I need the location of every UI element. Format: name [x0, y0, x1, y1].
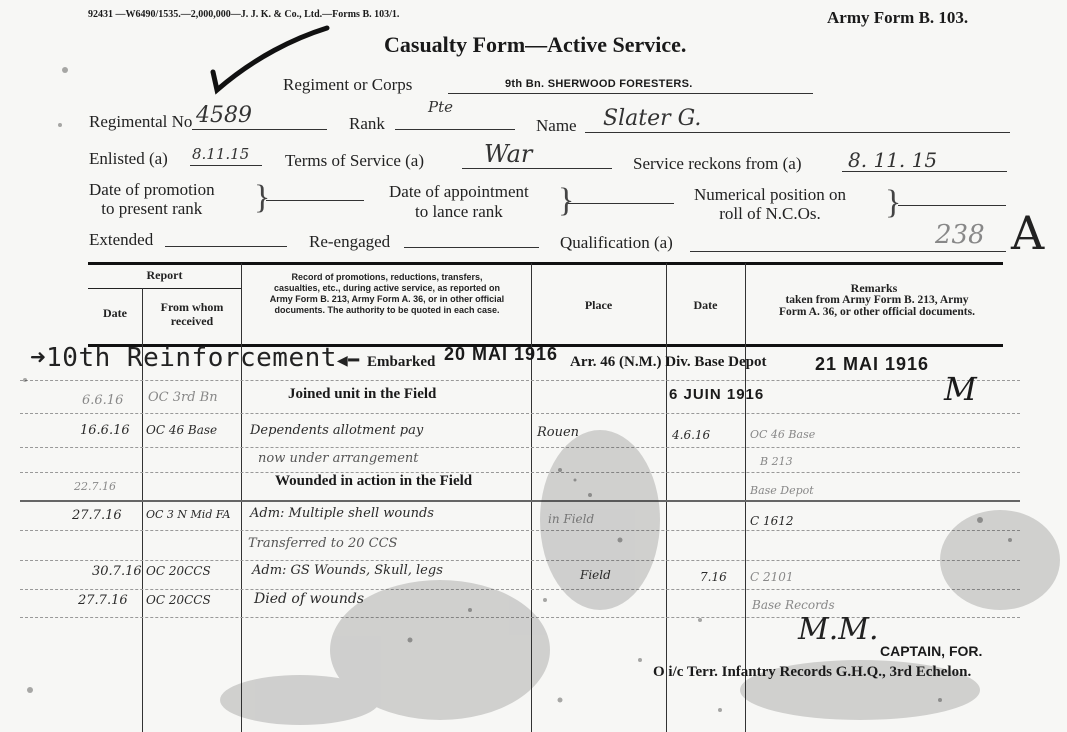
qualification-label: Qualification (a)	[560, 233, 673, 253]
row3-remarks: Base Depot	[750, 484, 814, 497]
form-title: Casualty Form—Active Service.	[384, 32, 686, 58]
row1-date: 16.6.16	[80, 423, 130, 438]
row2-record: now under arrangement	[258, 451, 419, 466]
lance-label-line1: Date of appointment	[389, 182, 529, 202]
row4-from: OC 3 N Mid FA	[146, 508, 231, 521]
extended-label: Extended	[89, 230, 153, 250]
nco-label-line1: Numerical position on	[694, 185, 846, 204]
row1-record: Dependents allotment pay	[250, 423, 423, 438]
row1-place: Rouen	[537, 425, 579, 440]
row5-record: Transferred to 20 CCS	[248, 536, 397, 551]
reinforcement-text: 10th Reinforcement	[46, 343, 337, 373]
reinforcement-stamp: ➜10th Reinforcement◀━	[30, 343, 360, 373]
promotion-label-line1: Date of promotion	[89, 180, 215, 199]
initials-mark: M	[944, 370, 977, 408]
qualification-value: 238	[935, 220, 985, 250]
row7-date: 27.7.16	[78, 593, 128, 608]
embarked-label: Embarked	[367, 354, 435, 371]
header-remarks-sub: taken from Army Form B. 213, Army Form A…	[772, 294, 982, 318]
rank-label: Rank	[349, 114, 385, 134]
embarked-date: 20 MAI 1916	[444, 344, 558, 365]
header-report: Report	[88, 268, 241, 282]
row4-remarks: C 1612	[750, 514, 794, 528]
terms-label: Terms of Service (a)	[285, 151, 424, 171]
row1-remarks: OC 46 Base	[750, 428, 815, 441]
regimental-no-value: 4589	[196, 103, 252, 128]
print-reference: 92431 —W6490/1535.—2,000,000—J. J. K. & …	[88, 9, 399, 20]
row1-from: OC 46 Base	[146, 423, 217, 437]
header-remarks-title: Remarks	[760, 281, 988, 295]
row6-from: OC 20CCS	[146, 564, 211, 578]
row3-record: Wounded in action in the Field	[275, 473, 472, 490]
signature: M.M.	[798, 612, 879, 647]
row1-date2: 4.6.16	[672, 428, 710, 442]
name-label: Name	[536, 116, 577, 136]
brace-icon: }	[885, 186, 901, 220]
regiment-label: Regiment or Corps	[283, 75, 412, 95]
header-date: Date	[88, 306, 142, 320]
arrival-date: 21 MAI 1916	[815, 354, 929, 375]
row4-date: 27.7.16	[72, 508, 122, 523]
row0-record: Joined unit in the Field	[288, 386, 436, 403]
lance-label: Date of appointment to lance rank	[389, 182, 529, 222]
row0-date: 6.6.16	[82, 393, 123, 408]
row6-remarks: C 2101	[750, 570, 794, 584]
brace-icon: }	[558, 184, 574, 218]
header-place: Place	[531, 298, 666, 312]
name-value: Slater G.	[603, 106, 701, 131]
nco-label-line2: roll of N.C.Os.	[694, 204, 846, 223]
row0-date2: 6 JUIN 1916	[669, 386, 764, 403]
regimental-no-label: Regimental No	[89, 112, 192, 132]
row7-from: OC 20CCS	[146, 593, 211, 607]
regiment-value: 9th Bn. SHERWOOD FORESTERS.	[505, 78, 693, 90]
row4-place: in Field	[548, 512, 594, 526]
captain-stamp: CAPTAIN, FOR.	[880, 643, 982, 659]
promotion-label-line2: to present rank	[89, 199, 215, 218]
row6-date2: 7.16	[700, 570, 727, 584]
reengaged-label: Re-engaged	[309, 232, 390, 252]
promotion-label: Date of promotion to present rank	[89, 180, 215, 218]
row7-record: Died of wounds	[254, 591, 364, 607]
lance-label-line2: to lance rank	[389, 202, 529, 222]
row0-from: OC 3rd Bn	[148, 390, 218, 405]
reckons-value: 8. 11. 15	[848, 148, 937, 172]
header-record: Record of promotions, reductions, transf…	[268, 272, 506, 316]
form-number: Army Form B. 103.	[827, 8, 968, 28]
arrow-right-icon: ➜	[30, 343, 46, 373]
row3-date: 22.7.16	[74, 480, 116, 493]
row6-date: 30.7.16	[92, 564, 142, 579]
nco-label: Numerical position on roll of N.C.Os.	[694, 185, 846, 223]
rank-value: Pte	[428, 98, 453, 116]
header-from-whom: From whom received	[146, 300, 238, 328]
row7-remarks: Base Records	[752, 598, 835, 612]
header-date2: Date	[666, 298, 745, 312]
margin-letter: A	[1011, 206, 1044, 260]
row4-record: Adm: Multiple shell wounds	[250, 506, 434, 521]
row6-place: Field	[580, 568, 611, 582]
terms-value: War	[484, 140, 532, 168]
brace-icon: }	[254, 181, 270, 215]
arrival-stamp: Arr. 46 (N.M.) Div. Base Depot	[570, 354, 767, 371]
reckons-label: Service reckons from (a)	[633, 154, 802, 174]
enlisted-value: 8.11.15	[192, 145, 249, 163]
row6-record: Adm: GS Wounds, Skull, legs	[252, 563, 443, 578]
records-office-stamp: O i/c Terr. Infantry Records G.H.Q., 3rd…	[653, 664, 971, 681]
arrow-left-icon: ◀━	[337, 350, 360, 371]
row2-remarks: B 213	[760, 455, 793, 468]
enlisted-label: Enlisted (a)	[89, 149, 168, 169]
